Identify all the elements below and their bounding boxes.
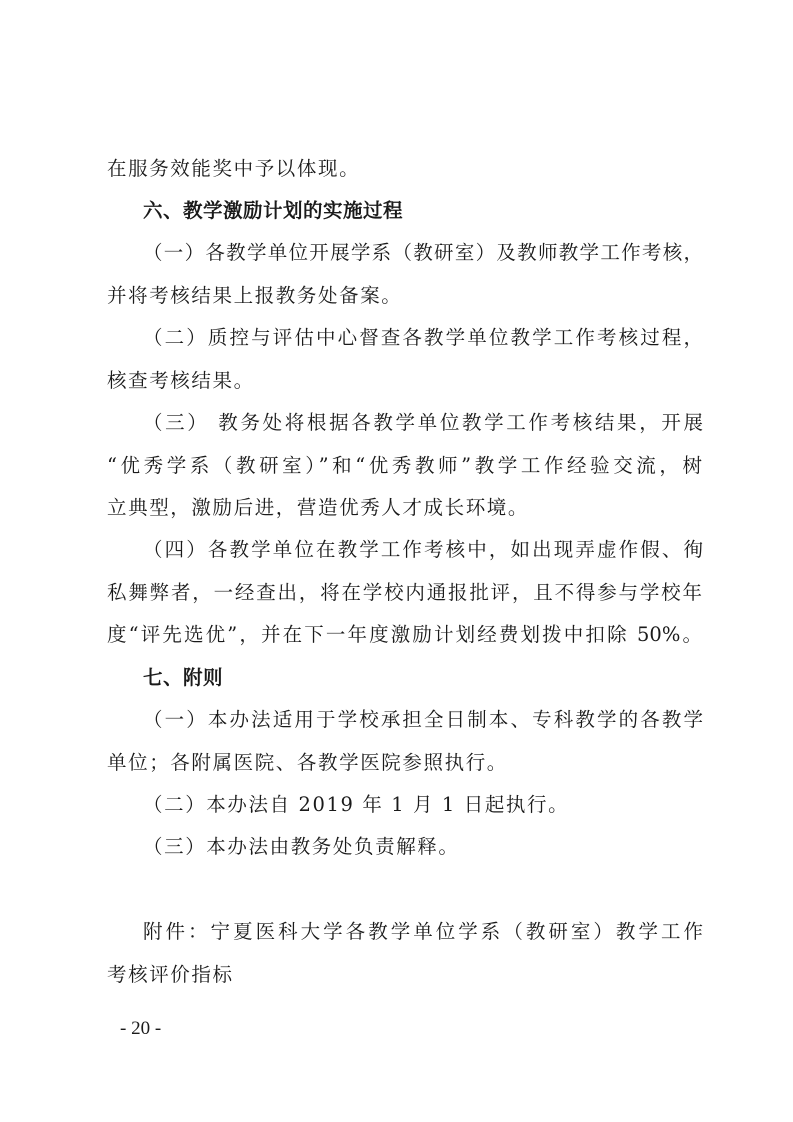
paragraph-line: 核查考核结果。 <box>107 369 702 393</box>
paragraph-line: （二）本办法自 2019 年 1 月 1 日起执行。 <box>143 793 703 817</box>
page-number: - 20 - <box>120 1018 161 1040</box>
paragraph-line: （三）本办法由教务处负责解释。 <box>143 835 703 859</box>
document-page: 在服务效能奖中予以体现。六、教学激励计划的实施过程（一）各教学单位开展学系（教研… <box>0 0 793 1122</box>
paragraph-line: （二）质控与评估中心督查各教学单位教学工作考核过程， <box>143 326 703 350</box>
paragraph-line: （一）本办法适用于学校承担全日制本、专科教学的各教学 <box>143 708 703 732</box>
paragraph-line: 考核评价指标 <box>107 963 702 987</box>
paragraph-line: 附件：宁夏医科大学各教学单位学系（教研室）教学工作 <box>143 920 703 944</box>
paragraph-line: （一）各教学单位开展学系（教研室）及教师教学工作考核， <box>143 241 703 265</box>
paragraph-line: 单位；各附属医院、各教学医院参照执行。 <box>107 751 702 775</box>
paragraph-line: “优秀学系（教研室）”和“优秀教师”教学工作经验交流，树 <box>107 454 702 478</box>
section-heading: 七、附则 <box>143 666 703 690</box>
paragraph-line: （三） 教务处将根据各教学单位教学工作考核结果，开展 <box>143 411 703 435</box>
paragraph-line: 在服务效能奖中予以体现。 <box>107 157 702 181</box>
paragraph-line: 私舞弊者，一经查出，将在学校内通报批评，且不得参与学校年 <box>107 581 702 605</box>
section-heading: 六、教学激励计划的实施过程 <box>143 199 703 223</box>
paragraph-line: 并将考核结果上报教务处备案。 <box>107 284 702 308</box>
paragraph-line: 立典型，激励后进，营造优秀人才成长环境。 <box>107 496 702 520</box>
paragraph-line: （四）各教学单位在教学工作考核中，如出现弄虚作假、徇 <box>143 538 703 562</box>
paragraph-line: 度“评先选优”，并在下一年度激励计划经费划拨中扣除 50%。 <box>107 623 702 647</box>
